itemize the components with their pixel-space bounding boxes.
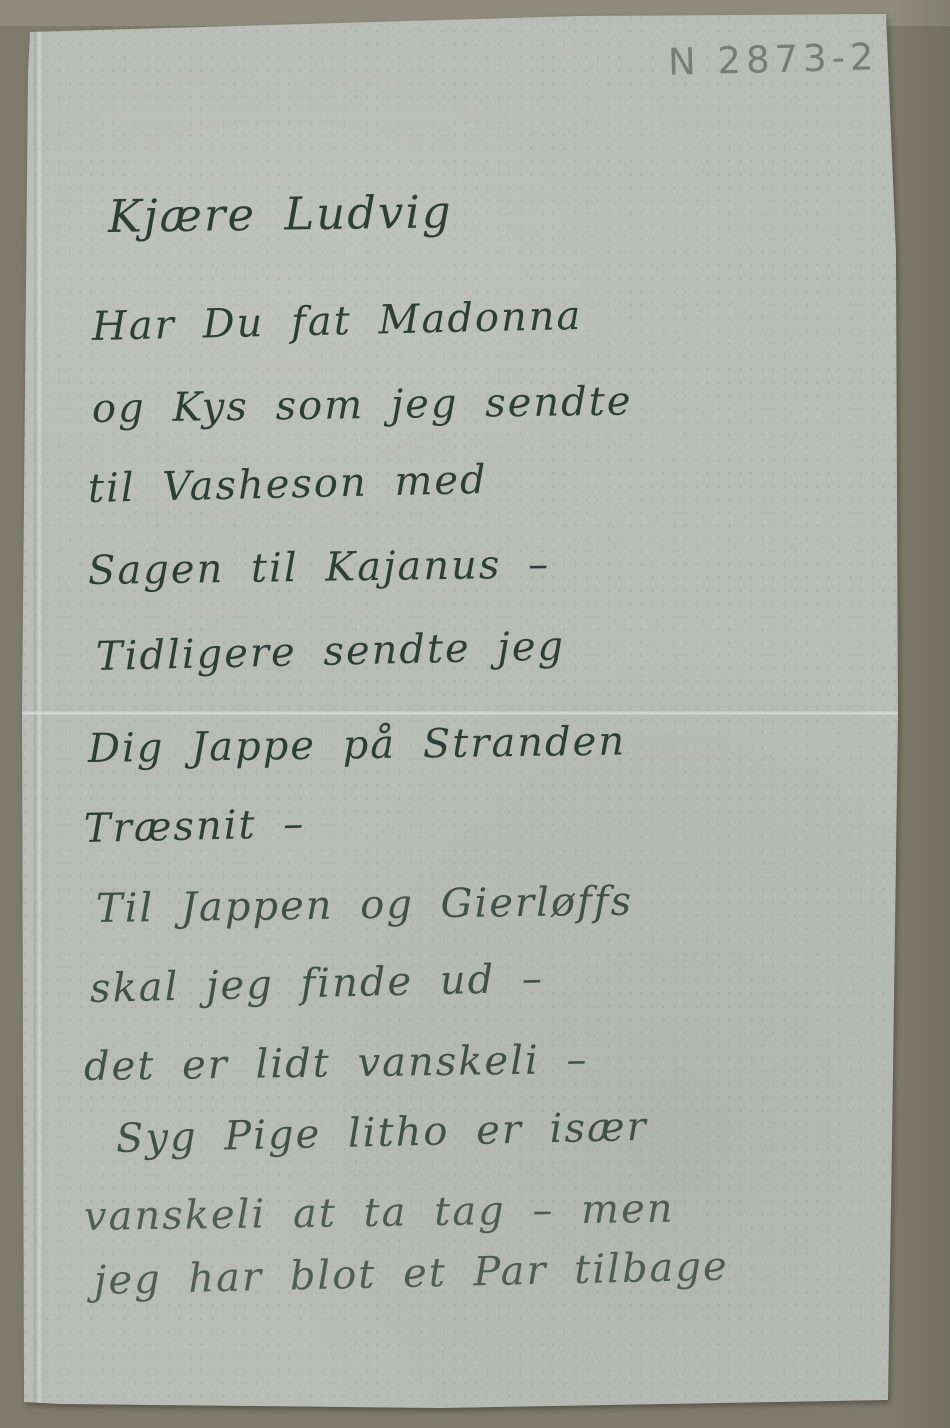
- letter-line: jeg har blot et Par tilbage: [93, 1244, 729, 1304]
- letter-line: vanskeli at ta tag – men: [84, 1186, 675, 1240]
- letter-line: Syg Pige litho er især: [115, 1104, 648, 1162]
- letter-line: Tidligere sendte jeg: [95, 623, 565, 680]
- inventory-number: N 2873-2: [667, 35, 879, 83]
- letter-page: N 2873-2 Kjære Ludvig Har Du fat Madonna…: [20, 12, 900, 1414]
- horizontal-fold-crease: [20, 710, 900, 716]
- letter-line: til Vasheson med: [87, 457, 488, 512]
- letter-line: Dig Jappe på Stranden: [88, 718, 627, 772]
- letter-line: Sagen til Kajanus –: [88, 542, 551, 594]
- letter-line: skal jeg finde ud –: [89, 956, 544, 1012]
- letter-line: Har Du fat Madonna: [91, 293, 582, 350]
- letter-line: Til Jappen og Gierløffs: [96, 879, 634, 932]
- letter-page-wrapper: N 2873-2 Kjære Ludvig Har Du fat Madonna…: [20, 12, 900, 1414]
- letter-line: og Kys som jeg sendte: [92, 378, 633, 432]
- letter-line: det er lidt vanskeli –: [84, 1037, 589, 1090]
- letter-line: Kjære Ludvig: [108, 185, 453, 243]
- letter-line: Træsnit –: [83, 801, 305, 852]
